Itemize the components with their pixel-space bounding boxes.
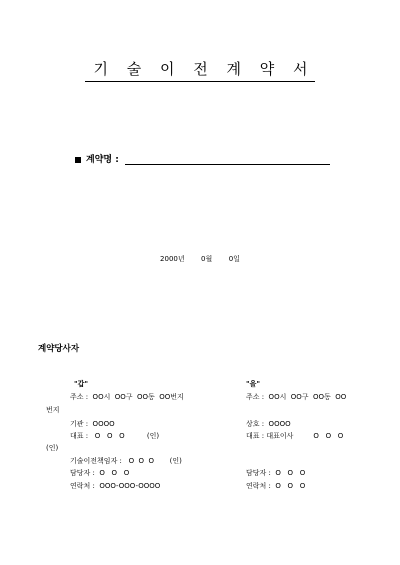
party-a-rep-wrap: (인) <box>46 444 58 453</box>
party-b-heading: "을" <box>246 380 260 389</box>
party-b-company: 상호 : OOOO <box>246 420 291 429</box>
party-a-rep: 대표 : O O O (인) <box>70 432 159 441</box>
document-title: 기 술 이 전 계 약 서 <box>0 58 400 82</box>
party-a-address-wrap: 번지 <box>46 406 60 415</box>
party-a-phone: 연락처 : OOO-OOO-OOOO <box>70 482 160 491</box>
party-a-heading: "갑" <box>74 380 88 389</box>
party-a-contact-person: 담당자 : O O O <box>70 469 129 478</box>
party-b-phone: 연락처 : O O O <box>246 482 305 491</box>
contract-name-field: 계약명 : <box>75 152 330 165</box>
party-a-tech-manager: 기술이전책임자 : O O O (인) <box>70 457 182 466</box>
contract-name-label: 계약명 : <box>86 152 119 165</box>
party-b-address: 주소 : OO시 OO구 OO동 OO <box>246 393 346 402</box>
party-a-address: 주소 : OO시 OO구 OO동 OO번지 <box>70 393 184 402</box>
contract-date: 2000년 0월 0일 <box>0 254 400 264</box>
section-title-parties: 계약당사자 <box>38 342 79 354</box>
party-a-org: 기관 : OOOO <box>70 420 115 429</box>
contract-name-blank-line <box>125 155 330 165</box>
party-b-contact-person: 담당자 : O O O <box>246 469 305 478</box>
party-b-rep: 대표 : 대표이사 O O O <box>246 432 343 441</box>
square-bullet-icon <box>75 157 81 163</box>
